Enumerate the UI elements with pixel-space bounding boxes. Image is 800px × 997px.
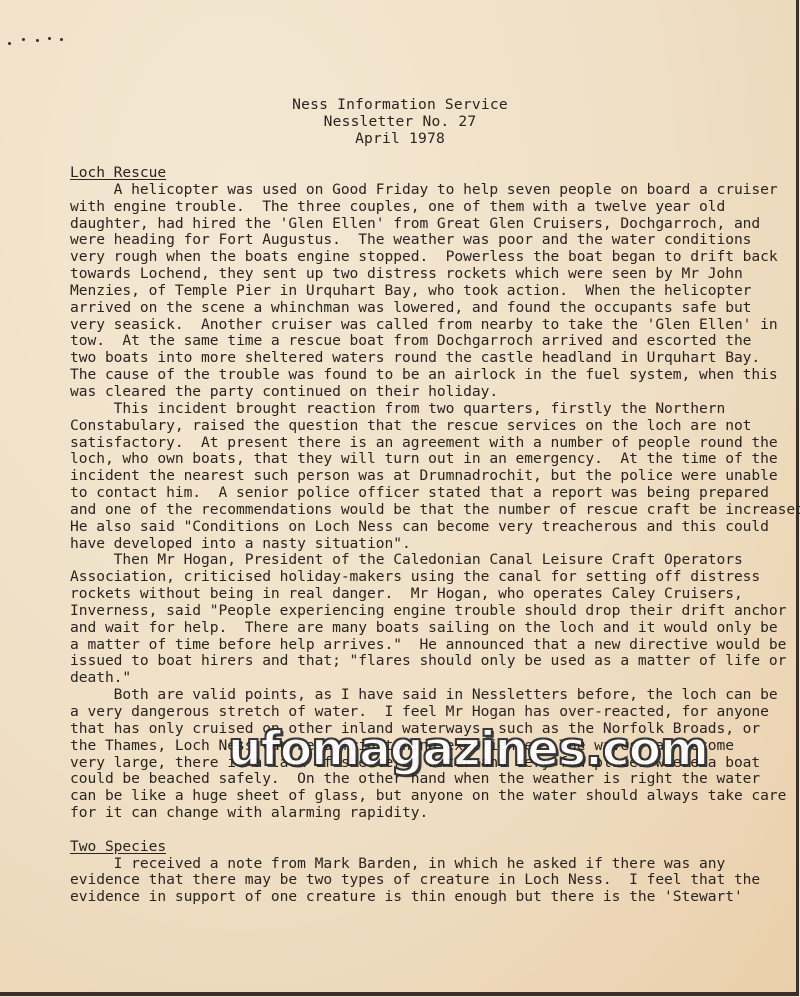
text-line: with engine trouble. The three couples, … (70, 199, 800, 216)
text-line: a very dangerous stretch of water. I fee… (70, 704, 800, 721)
text-line: evidence in support of one creature is t… (70, 889, 800, 906)
text-line: very seasick. Another cruiser was called… (70, 317, 800, 334)
text-line: very rough when the boats engine stopped… (70, 249, 800, 266)
text-line: daughter, had hired the 'Glen Ellen' fro… (70, 216, 800, 233)
text-line: rockets without being in real danger. Mr… (70, 586, 800, 603)
text-line: Constabulary, raised the question that t… (70, 418, 800, 435)
text-line: This incident brought reaction from two … (70, 401, 800, 418)
text-line: The cause of the trouble was found to be… (70, 367, 800, 384)
page-specks (8, 38, 68, 46)
text-line: a matter of time before help arrives." H… (70, 637, 800, 654)
document-page: Ness Information Service Nessletter No. … (0, 0, 799, 996)
text-line: I received a note from Mark Barden, in w… (70, 856, 800, 873)
text-line: He also said "Conditions on Loch Ness ca… (70, 519, 800, 536)
newsletter-body: Loch Rescue A helicopter was used on Goo… (70, 165, 800, 906)
text-line: Then Mr Hogan, President of the Caledoni… (70, 552, 800, 569)
organization-name: Ness Information Service (0, 96, 800, 113)
text-line: issued to boat hirers and that; "flares … (70, 653, 800, 670)
text-line: tow. At the same time a rescue boat from… (70, 333, 800, 350)
text-line: and wait for help. There are many boats … (70, 620, 800, 637)
text-line: satisfactory. At present there is an agr… (70, 435, 800, 452)
text-line: incident the nearest such person was at … (70, 468, 800, 485)
text-line: were heading for Fort Augustus. The weat… (70, 232, 800, 249)
watermark: ufomagazines.com (228, 722, 708, 778)
text-line: can be like a huge sheet of glass, but a… (70, 788, 800, 805)
text-line: evidence that there may be two types of … (70, 872, 800, 889)
section-gap (70, 822, 800, 839)
text-line: death." (70, 670, 800, 687)
text-line: Inverness, said "People experiencing eng… (70, 603, 800, 620)
text-line: two boats into more sheltered waters rou… (70, 350, 800, 367)
text-line: Menzies, of Temple Pier in Urquhart Bay,… (70, 283, 800, 300)
text-line: loch, who own boats, that they will turn… (70, 451, 800, 468)
text-line: arrived on the scene a whinchman was low… (70, 300, 800, 317)
section-title: Two Species (70, 838, 166, 855)
section-title: Loch Rescue (70, 164, 166, 181)
text-line: was cleared the party continued on their… (70, 384, 800, 401)
text-line: to contact him. A senior police officer … (70, 485, 800, 502)
newsletter-date: April 1978 (0, 130, 800, 147)
text-line: Both are valid points, as I have said in… (70, 687, 800, 704)
text-line: and one of the recommendations would be … (70, 502, 800, 519)
text-line: Association, criticised holiday-makers u… (70, 569, 800, 586)
text-line: for it can change with alarming rapidity… (70, 805, 800, 822)
text-line: towards Lochend, they sent up two distre… (70, 266, 800, 283)
newsletter-header: Ness Information Service Nessletter No. … (0, 96, 800, 147)
text-line: have developed into a nasty situation". (70, 536, 800, 553)
newsletter-number: Nessletter No. 27 (0, 113, 800, 130)
text-line: A helicopter was used on Good Friday to … (70, 182, 800, 199)
